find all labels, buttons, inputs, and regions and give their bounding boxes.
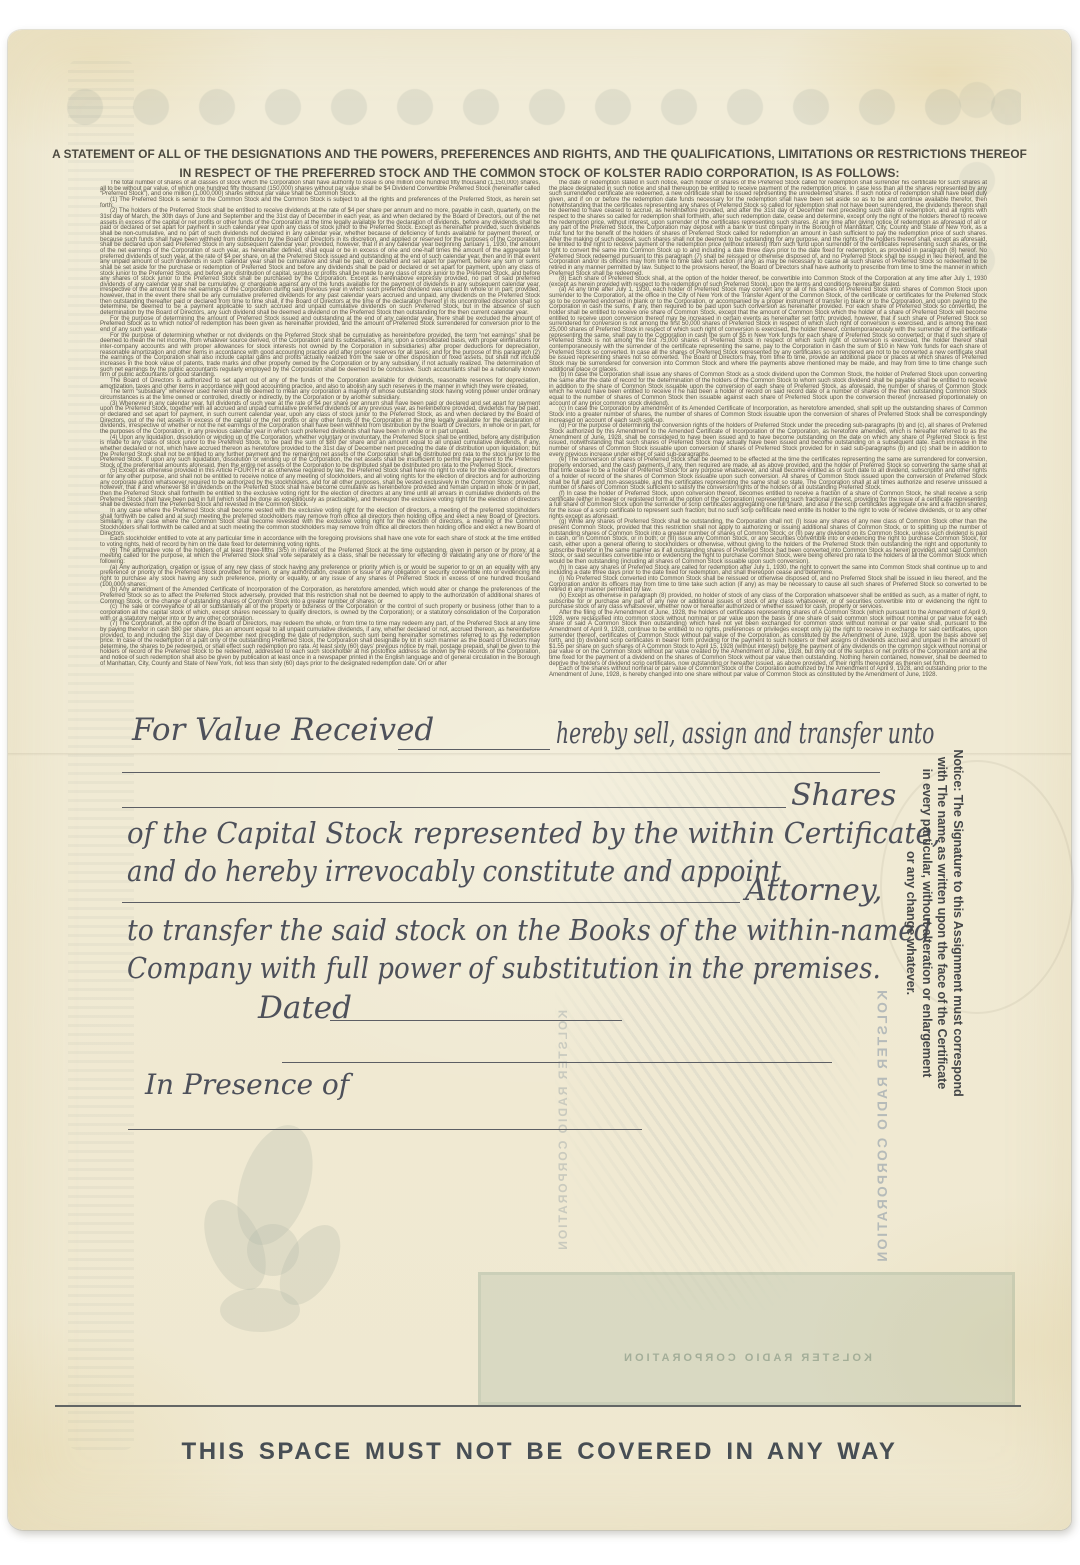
in-presence-of-label: In Presence of: [145, 1068, 349, 1101]
legal-paragraph: Each of the shares without nominal or pa…: [549, 666, 987, 677]
legal-paragraph: (3) Whenever in any calendar year, full …: [100, 401, 540, 435]
assignee-name-line: [122, 772, 880, 773]
for-value-received-text: For Value Received: [132, 712, 434, 748]
legal-paragraph: (7) The Corporation, at the option of th…: [100, 621, 540, 666]
legal-paragraph: (6) The affirmative vote of the holders …: [100, 548, 540, 565]
bleedthrough-company-name-vertical-2: KOLSTER RADIO CORPORATION: [556, 1010, 570, 1252]
assignee-fill-line-short: [398, 749, 550, 750]
dated-fill-line: [330, 1020, 622, 1021]
legal-paragraph: The term “subsidiary” whenever used here…: [100, 389, 540, 400]
legal-paragraph: (4) Upon any liquidation, dissolution or…: [100, 435, 540, 469]
legal-paragraph: In any case where the Preferred Stock sh…: [100, 508, 540, 536]
shares-label: Shares: [791, 778, 896, 813]
certificate-paper: KOLSTER RADIO CORPORATION KOLSTER RADIO …: [8, 30, 1071, 1530]
bleedthrough-company-name-vertical: KOLSTER RADIO CORPORATION: [874, 990, 890, 1264]
substitution-text: Company with full power of substitution …: [127, 951, 881, 985]
signature-notice: Notice: The Signature to this Assignment…: [903, 697, 965, 1149]
sell-assign-transfer-text: hereby sell, assign and transfer unto: [556, 716, 934, 750]
signature-notice-line3: in every particular, without alteration …: [919, 697, 935, 1149]
bleedthrough-company-name-mirrored: KOLSTER RADIO CORPORATION: [478, 1352, 1015, 1364]
legal-paragraph: (b) In case the Corporation shall issue …: [549, 372, 987, 406]
legal-paragraph: (e) The conversion of shares of Preferre…: [549, 457, 987, 491]
legal-text-left-column: The total number of shares of all classe…: [100, 180, 540, 699]
legal-paragraph: (5) Except as otherwise provided in this…: [100, 468, 540, 508]
legal-paragraph: (k) Except as otherwise in paragraph (8)…: [549, 593, 987, 610]
legal-paragraph: After the filing of the Amendment of Jun…: [549, 610, 987, 667]
shares-fill-line: [122, 807, 786, 808]
legal-paragraph: (a) Any authorization, creation or issue…: [100, 565, 540, 588]
transfer-books-text: to transfer the said stock on the Books …: [127, 913, 931, 947]
legal-paragraph: The total number of shares of all classe…: [100, 180, 540, 197]
legal-paragraph: (i) No Preferred Stock converted into Co…: [549, 576, 987, 593]
signature-notice-line2: with The name as written upon the face o…: [934, 697, 950, 1149]
footer-rule: [55, 1405, 1021, 1407]
legal-paragraph: (g) While any shares of Preferred Stock …: [549, 519, 987, 564]
constitute-appoint-text: and do hereby irrevocably constitute and…: [127, 854, 781, 888]
legal-paragraph: (f) In case the holder of Preferred Stoc…: [549, 491, 987, 519]
legal-text-right-column: the date of redemption stated in such no…: [549, 180, 987, 699]
legal-paragraph: (b) Any amendment of the Amended Certifi…: [100, 587, 540, 604]
signature-notice-line4: or any change whatever.: [903, 697, 919, 1149]
attorney-fill-line: [122, 902, 740, 903]
legal-paragraph: (d) For the purpose of determining the c…: [549, 423, 987, 457]
legal-paragraph: Each stockholder entitled to vote at any…: [100, 536, 540, 547]
legal-paragraph: the date of redemption stated in such no…: [549, 180, 987, 276]
witness-signature-line-bottom: [128, 1129, 642, 1130]
legal-paragraph: For the purpose of determining the amoun…: [100, 316, 540, 333]
signature-notice-line1: Notice: The Signature to this Assignment…: [950, 697, 966, 1149]
legal-paragraph: (c) The sale or conveyance of all or sub…: [100, 604, 540, 621]
statement-title-line1: A STATEMENT OF ALL OF THE DESIGNATIONS A…: [8, 145, 1071, 164]
footer-warning-text: THIS SPACE MUST NOT BE COVERED IN ANY WA…: [8, 1438, 1071, 1466]
legal-paragraph: (c) In case the Corporation by amendment…: [549, 406, 987, 423]
legal-paragraph: For the purpose of determining whether o…: [100, 333, 540, 378]
legal-paragraph: (a) At any time after July 1, 1930, each…: [549, 287, 987, 372]
statement-header: A STATEMENT OF ALL OF THE DESIGNATIONS A…: [8, 145, 1071, 183]
attorney-label: Attorney,: [745, 873, 882, 908]
capital-stock-text: of the Capital Stock represented by the …: [127, 816, 941, 850]
legal-paragraph: (2) The holders of the Preferred Stock s…: [100, 208, 540, 315]
bleedthrough-green-panel: [478, 1272, 1015, 1405]
bleedthrough-floral-ornament: [165, 1115, 380, 1350]
witness-signature-line-top: [282, 1062, 832, 1063]
